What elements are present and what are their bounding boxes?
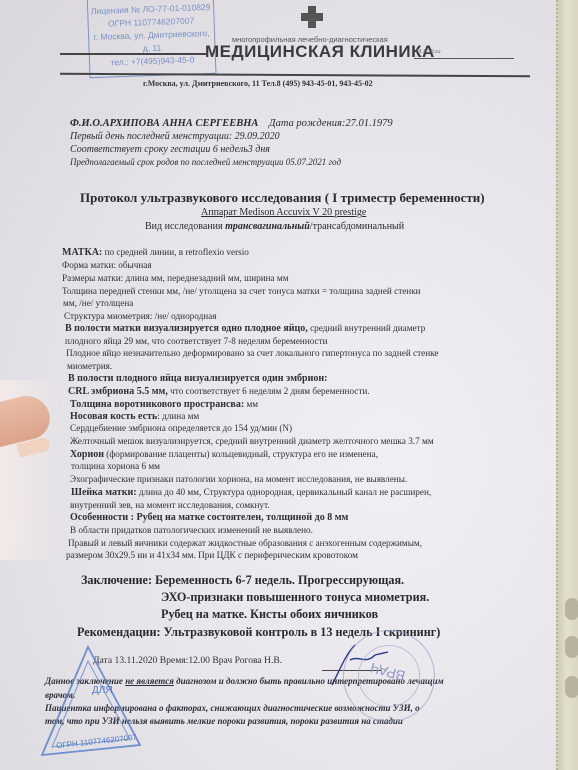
lmp-line: Первый день последней менструации: 29.09… — [70, 131, 280, 142]
finding-line: Особенности : Рубец на матке состоятелен… — [70, 512, 348, 523]
finding-line: Правый и левый яичники содержат жидкостн… — [68, 538, 422, 548]
finding-line: Носовая кость есть: длина мм — [70, 411, 199, 422]
clinic-address: г.Москва, ул. Дмитриевского, 11 Тел.8 (4… — [143, 79, 373, 88]
binder-hole — [565, 636, 578, 658]
finding-line: Эхографические признаки патологии хорион… — [70, 474, 407, 484]
finding-line: внутренний зев, на момент исследования, … — [70, 500, 270, 510]
header-rule — [60, 53, 206, 55]
finding-line: Форма матки: обычная — [62, 260, 152, 270]
exam-type: Вид исследования трансвагинальный/транса… — [145, 221, 404, 232]
finding-line: размером 30x29.5 ии и 41x34 мм. При ЦДК … — [66, 550, 358, 560]
finding-line: В области придатков патологических измен… — [70, 525, 313, 535]
device-name: Аппарат Medison Accuvix V 20 prestige — [201, 207, 366, 218]
finding-line: Размеры матки: длина мм, переднезадний м… — [62, 273, 289, 283]
patient-dob: 27.01.1979 — [345, 118, 392, 129]
finding-line: Хорион (формирование плаценты) кольцевид… — [70, 449, 378, 460]
patient-name: АРХИПОВА АННА СЕРГЕЕВНА — [103, 118, 259, 129]
header-rule — [414, 58, 514, 59]
conclusion-line: Заключение: Беременность 6-7 недель. Про… — [81, 573, 404, 588]
finding-line: В полости матки визуализируется одно пло… — [65, 323, 425, 334]
clinic-signature: М.В. Кли — [416, 48, 441, 55]
finding-line: толщина хориона 6 мм — [71, 461, 160, 471]
protocol-title: Протокол ультразвукового исследования ( … — [80, 190, 485, 206]
finding-line: плодного яйца 29 мм, что соответствует 7… — [65, 336, 328, 346]
patient-name-line: Ф.И.О.АРХИПОВА АННА СЕРГЕЕВНА Дата рожде… — [70, 118, 393, 129]
finding-line: Плодное яйцо незначительно деформировано… — [66, 348, 438, 358]
conclusion-line: Рубец на матке. Кисты обоих яичников — [161, 607, 378, 622]
medical-cross-icon — [301, 6, 323, 28]
finding-line: мм, /не/ утолщена — [63, 298, 133, 308]
finding-line: Сердцебиение эмбриона определяется до 15… — [70, 423, 292, 433]
finding-line: CRL эмбриона 5.5 мм, что соответствует 6… — [68, 386, 370, 397]
clinic-title: МЕДИЦИНСКАЯ КЛИНИКА — [205, 42, 435, 62]
finding-line: Желточный мешок визуализируется, средний… — [70, 436, 434, 446]
finding-line: Структура миометрия: /не/ однородная — [64, 311, 216, 321]
finding-line: В полости плодного яйца визуализируется … — [68, 373, 327, 384]
binder-hole — [565, 598, 578, 620]
finding-line: Толщина воротникового пространсва: мм — [70, 399, 258, 410]
binder-hole — [565, 676, 578, 698]
finding-line: Шейка матки: длина до 40 мм, Структура о… — [71, 487, 431, 498]
conclusion-line: ЭХО-признаки повышенного тонуса миометри… — [161, 590, 429, 605]
finding-line: МАТКА: по средней линии, в retroflexio v… — [62, 247, 249, 258]
license-stamp: Лицензия № ЛО-77-01-010829 ОГРН 11077462… — [87, 0, 217, 78]
finding-line: Толщина передней стенки мм, /не/ утолщен… — [62, 286, 421, 296]
due-date-line: Предполагаемый срок родов по последней м… — [70, 157, 341, 167]
finding-line: миометрия. — [67, 361, 112, 371]
gestation-line: Соответствует сроку гестации 6 недель3 д… — [70, 144, 270, 155]
